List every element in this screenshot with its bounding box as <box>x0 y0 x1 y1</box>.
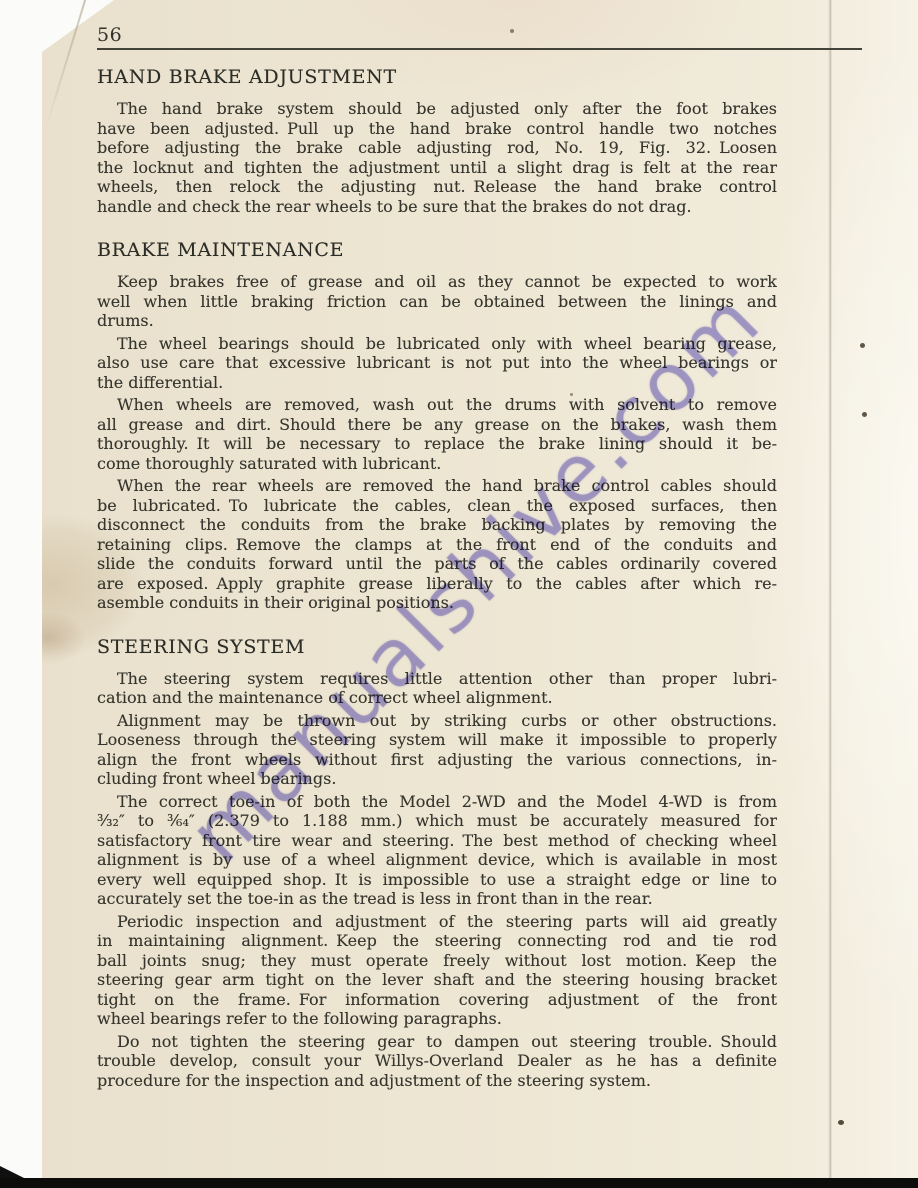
paragraph: Periodic inspection and adjustment of th… <box>97 912 777 1029</box>
text-line: also use care that excessive lubricant i… <box>97 353 777 373</box>
paragraph: Keep brakes free of grease and oil as th… <box>97 272 777 331</box>
paper-speck <box>510 29 514 33</box>
text-line: trouble develop, consult your Willys-Ove… <box>97 1051 777 1071</box>
text-line: be lubricated. To lubricate the cables, … <box>97 496 777 516</box>
text-line: procedure for the inspection and adjustm… <box>97 1071 777 1091</box>
paragraph: The steering system requires little atte… <box>97 669 777 708</box>
paragraph: The wheel bearings should be lubricated … <box>97 334 777 393</box>
text-line: Periodic inspection and adjustment of th… <box>97 912 777 932</box>
text-line: well when little braking friction can be… <box>97 292 777 312</box>
text-line: steering gear arm tight on the lever sha… <box>97 970 777 990</box>
text-line: The hand brake system should be adjusted… <box>97 99 777 119</box>
paragraph: Alignment may be thrown out by striking … <box>97 711 777 789</box>
text-line: accurately set the toe-in as the tread i… <box>97 889 777 909</box>
text-line: ³⁄₃₂″ to ³⁄₆₄″ (2.379 to 1.188 mm.) whic… <box>97 811 777 831</box>
text-line: When the rear wheels are removed the han… <box>97 476 777 496</box>
paper-speck <box>862 412 867 417</box>
text-line: drums. <box>97 311 777 331</box>
text-line: satisfactory front tire wear and steerin… <box>97 831 777 851</box>
paper-speck <box>860 343 865 348</box>
paragraph: When the rear wheels are removed the han… <box>97 476 777 613</box>
text-line: handle and check the rear wheels to be s… <box>97 197 777 217</box>
scan-edge-bottom <box>0 1178 918 1188</box>
paragraph: The correct toe-in of both the Model 2-W… <box>97 792 777 909</box>
paragraph: The hand brake system should be adjusted… <box>97 99 777 216</box>
paper-speck <box>570 393 573 396</box>
text-line: slide the conduits forward until the par… <box>97 554 777 574</box>
text-line: all grease and dirt. Should there be any… <box>97 415 777 435</box>
text-line: Alignment may be thrown out by striking … <box>97 711 777 731</box>
page-number: 56 <box>97 24 122 46</box>
text-line: the differential. <box>97 373 777 393</box>
text-line: before adjusting the brake cable adjusti… <box>97 138 777 158</box>
paragraph: When wheels are removed, wash out the dr… <box>97 395 777 473</box>
text-line: disconnect the conduits from the brake b… <box>97 515 777 535</box>
text-line: When wheels are removed, wash out the dr… <box>97 395 777 415</box>
manual-page: 56 HAND BRAKE ADJUSTMENTThe hand brake s… <box>42 0 918 1178</box>
paper-speck <box>838 1120 844 1125</box>
text-line: cluding front wheel bearings. <box>97 769 777 789</box>
page-header: 56 <box>42 0 918 50</box>
text-line: thoroughly. It will be necessary to repl… <box>97 434 777 454</box>
text-line: align the front wheels without first adj… <box>97 750 777 770</box>
text-line: every well equipped shop. It is impossib… <box>97 870 777 890</box>
paragraph: Do not tighten the steering gear to damp… <box>97 1032 777 1091</box>
text-line: Looseness through the steering system wi… <box>97 730 777 750</box>
section-heading: HAND BRAKE ADJUSTMENT <box>97 66 777 88</box>
text-line: asemble conduits in their original posit… <box>97 593 777 613</box>
scanned-page: 56 HAND BRAKE ADJUSTMENTThe hand brake s… <box>0 0 918 1188</box>
text-line: alignment is by use of a wheel alignment… <box>97 850 777 870</box>
page-content: HAND BRAKE ADJUSTMENTThe hand brake syst… <box>97 66 777 1090</box>
text-line: The correct toe-in of both the Model 2-W… <box>97 792 777 812</box>
text-line: The wheel bearings should be lubricated … <box>97 334 777 354</box>
text-line: retaining clips. Remove the clamps at th… <box>97 535 777 555</box>
text-line: tight on the frame. For information cove… <box>97 990 777 1010</box>
section-heading: STEERING SYSTEM <box>97 636 777 658</box>
text-line: have been adjusted. Pull up the hand bra… <box>97 119 777 139</box>
text-line: come thoroughly saturated with lubricant… <box>97 454 777 474</box>
text-line: Do not tighten the steering gear to damp… <box>97 1032 777 1052</box>
header-rule <box>97 48 862 50</box>
text-line: cation and the maintenance of correct wh… <box>97 688 777 708</box>
text-line: Keep brakes free of grease and oil as th… <box>97 272 777 292</box>
text-line: The steering system requires little atte… <box>97 669 777 689</box>
text-line: wheel bearings refer to the following pa… <box>97 1009 777 1029</box>
page-fold-line <box>828 0 832 1178</box>
text-line: in maintaining alignment. Keep the steer… <box>97 931 777 951</box>
text-line: wheels, then relock the adjusting nut. R… <box>97 177 777 197</box>
text-line: the locknut and tighten the adjustment u… <box>97 158 777 178</box>
section-heading: BRAKE MAINTENANCE <box>97 239 777 261</box>
text-line: ball joints snug; they must operate free… <box>97 951 777 971</box>
text-line: are exposed. Apply graphite grease liber… <box>97 574 777 594</box>
